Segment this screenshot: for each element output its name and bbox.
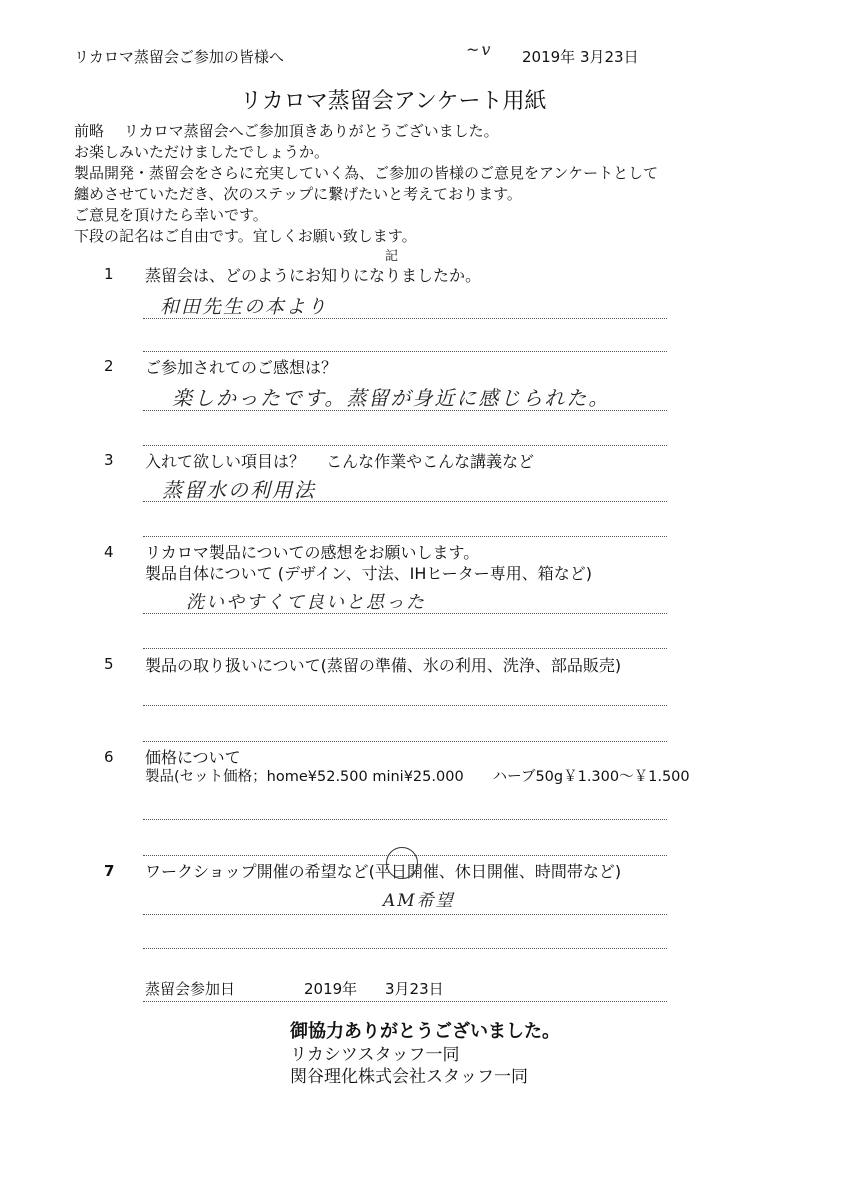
handwritten-scribble: ~v bbox=[466, 40, 492, 59]
question-number: 5 bbox=[104, 655, 114, 673]
handwritten-answer[interactable]: 蒸留水の利用法 bbox=[162, 474, 316, 503]
answer-line bbox=[143, 445, 667, 446]
answer-line bbox=[143, 819, 667, 820]
staff-line-2: 関谷理化株式会社スタッフ一同 bbox=[290, 1062, 528, 1087]
question-text: リカロマ製品についての感想をお願いします。 bbox=[145, 540, 479, 563]
circle-mark-weekday bbox=[386, 847, 418, 879]
answer-line bbox=[143, 948, 667, 949]
answer-line bbox=[143, 501, 667, 502]
participation-year: 2019年 bbox=[304, 978, 357, 999]
answer-line bbox=[143, 410, 667, 411]
question-text: ご参加されてのご感想は？ bbox=[145, 355, 337, 378]
answer-line bbox=[143, 536, 667, 537]
signature-line bbox=[143, 1001, 667, 1002]
answer-line bbox=[143, 351, 667, 352]
price-info: 製品(セット価格；home¥52.500 mini¥25.000 ハーブ50g￥… bbox=[145, 765, 690, 786]
intro-line: お楽しみいただけましたでしょうか。 bbox=[74, 141, 329, 162]
intro-line: 製品開発・蒸留会をさらに充実していく為、ご参加の皆様のご意見をアンケートとして bbox=[74, 162, 658, 183]
question-number: 1 bbox=[104, 265, 114, 283]
question-text: ワークショップ開催の希望など(平日開催、休日開催、時間帯など) bbox=[145, 859, 621, 882]
intro-line: 纏めさせていただき、次のステップに繋げたいと考えております。 bbox=[74, 183, 522, 204]
answer-line bbox=[143, 648, 667, 649]
handwritten-answer[interactable]: 洗いやすくて良いと思った bbox=[186, 588, 426, 614]
question-text: 蒸留会は、どのようにお知りになりましたか。 bbox=[145, 263, 481, 286]
answer-line bbox=[143, 705, 667, 706]
question-subtext: 製品自体について (デザイン、寸法、IHヒーター専用、箱など) bbox=[145, 561, 592, 584]
handwritten-answer[interactable]: 和田先生の本より bbox=[160, 292, 328, 319]
answer-line bbox=[143, 613, 667, 614]
header-date: 2019年 3月23日 bbox=[522, 46, 639, 67]
question-number: 2 bbox=[104, 357, 114, 375]
question-number: 7 bbox=[104, 862, 114, 880]
intro-line: 前略 リカロマ蒸留会へご参加頂きありがとうございました。 bbox=[74, 120, 499, 141]
answer-line bbox=[143, 741, 667, 742]
handwritten-answer[interactable]: 楽しかったです。蒸留が身近に感じられた。 bbox=[172, 382, 610, 411]
intro-line: ご意見を頂けたら幸いです。 bbox=[74, 204, 268, 225]
question-text: 入れて欲しい項目は？ こんな作業やこんな講義など bbox=[145, 449, 534, 472]
question-number: 3 bbox=[104, 451, 114, 469]
participation-label: 蒸留会参加日 bbox=[145, 978, 235, 999]
page-title: リカロマ蒸留会アンケート用紙 bbox=[240, 84, 546, 115]
answer-line bbox=[143, 914, 667, 915]
question-number: 4 bbox=[104, 543, 114, 561]
participation-day: 3月23日 bbox=[385, 978, 444, 999]
question-text: 製品の取り扱いについて(蒸留の準備、氷の利用、洗浄、部品販売) bbox=[145, 653, 621, 676]
answer-line bbox=[143, 318, 667, 319]
question-number: 6 bbox=[104, 748, 114, 766]
intro-line: 下段の記名はご自由です。宜しくお願い致します。 bbox=[74, 225, 417, 246]
addressee: リカロマ蒸留会ご参加の皆様へ bbox=[74, 46, 284, 67]
handwritten-answer[interactable]: AM希望 bbox=[383, 886, 455, 911]
ki-marker: 記 bbox=[385, 245, 398, 264]
